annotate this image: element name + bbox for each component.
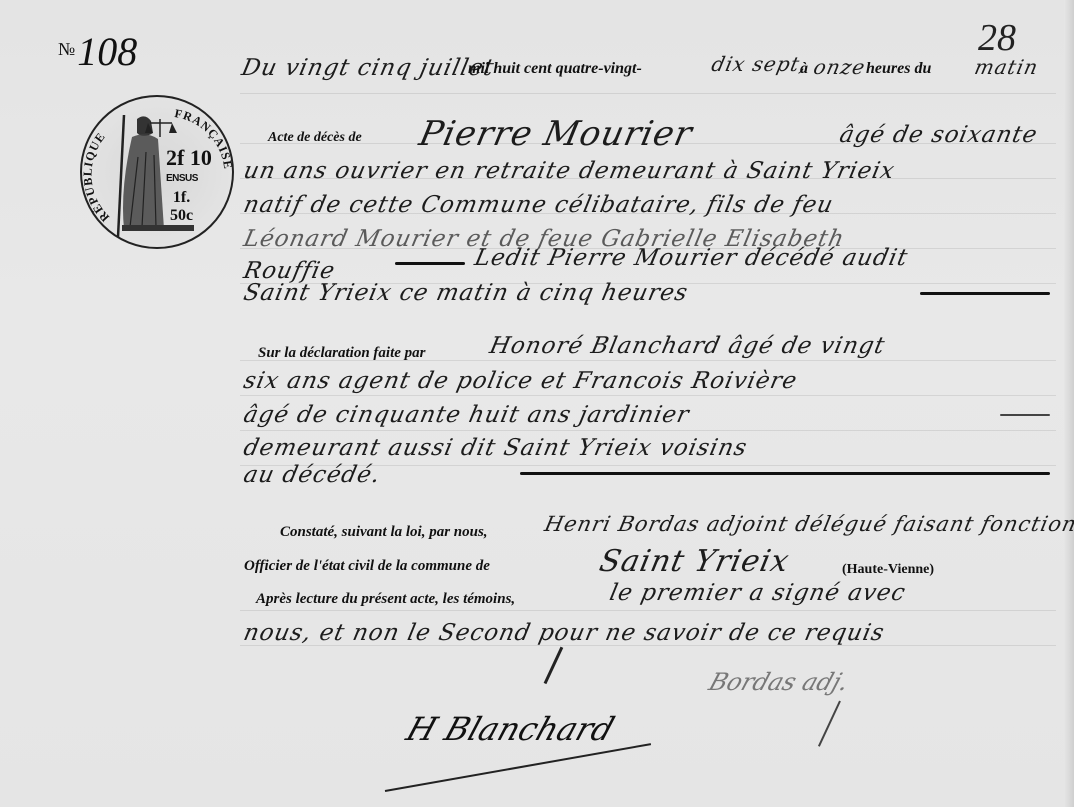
ruled-line — [240, 430, 1056, 431]
date-year-printed: mil huit cent quatre-vingt- — [468, 60, 642, 78]
filler-line — [1000, 414, 1050, 416]
at-printed: à — [800, 60, 808, 78]
morning-hand: matin — [972, 55, 1040, 79]
reading-witnesses-label: Après lecture du présent acte, les témoi… — [256, 591, 515, 608]
officer-commune-label: Officier de l'état civil de la commune d… — [244, 558, 490, 575]
hours-printed: heures du — [866, 60, 931, 78]
declarant-1-occupation-declarant-2: six ans agent de police et Francois Roiv… — [241, 368, 800, 394]
declaration-label: Sur la déclaration faite par — [258, 345, 426, 362]
declarant-1: Honoré Blanchard âgé de vingt — [487, 333, 887, 359]
witness-signature: H Blanchard — [402, 710, 619, 748]
date-year-hand: dix sept, — [709, 52, 809, 76]
relation-to-deceased: au décédé. — [241, 462, 383, 488]
stamp-value-sub: ENSUS — [166, 173, 198, 184]
date-day-month: Du vingt cinq juillet — [239, 55, 496, 81]
deceased-name: Pierre Mourier — [416, 114, 697, 154]
stamp-value-top: 2f 10 — [166, 145, 212, 171]
stamp-figure-icon: RÉPUBLIQUE FRANÇAISE — [82, 97, 232, 247]
deceased-age: âgé de soixante — [837, 122, 1040, 148]
declarant-2-age-occupation: âgé de cinquante huit ans jardinier — [241, 402, 692, 428]
ruled-line — [240, 610, 1056, 611]
officer-signature: Bordas adj. — [705, 668, 852, 696]
certified-label: Constaté, suivant la loi, par nous, — [280, 524, 488, 541]
deceased-occupation-residence: un ans ouvrier en retraite demeurant à S… — [241, 158, 897, 184]
svg-text:RÉPUBLIQUE: RÉPUBLIQUE — [82, 129, 112, 224]
stamp-value-bottom-1: 1f. — [170, 189, 193, 207]
deceased-birthplace-status: natif de cette Commune célibataire, fils… — [241, 192, 836, 218]
document-page: №108 28 RÉPUBLIQUE FRANÇAISE 2f — [0, 0, 1074, 807]
commune-name: Saint Yrieix — [596, 544, 792, 579]
page-edge — [1064, 0, 1074, 807]
signature-underline — [385, 743, 651, 792]
folio-number: 28 — [978, 16, 1016, 60]
witness-signing-statement: le premier a signé avec — [607, 580, 908, 606]
stamp-value-bottom: 1f. 50c — [170, 189, 193, 225]
ruled-line — [240, 93, 1056, 94]
signature-flourish — [544, 647, 564, 685]
department-label: (Haute-Vienne) — [842, 562, 934, 578]
act-number-value: 108 — [77, 29, 137, 74]
second-witness-statement: nous, et non le Second pour ne savoir de… — [241, 620, 887, 646]
signature-flourish — [818, 701, 841, 747]
death-place-time: Saint Yrieix ce matin à cinq heures — [241, 280, 690, 306]
stamp-value-bottom-2: 50c — [170, 207, 193, 225]
hour-hand: onze — [811, 55, 867, 79]
number-sign: № — [58, 39, 75, 59]
fiscal-stamp: RÉPUBLIQUE FRANÇAISE 2f 10 ENSUS 1f. 50c — [80, 95, 234, 249]
act-number: №108 — [58, 28, 137, 75]
ruled-line — [240, 395, 1056, 396]
filler-line — [920, 292, 1050, 295]
filler-line — [395, 262, 465, 265]
filler-line — [520, 472, 1050, 475]
death-act-label: Acte de décès de — [268, 130, 362, 146]
declarants-residence: demeurant aussi dit Saint Yrieix voisins — [241, 435, 750, 461]
officer-name-title: Henri Bordas adjoint délégué faisant fon… — [542, 512, 1074, 536]
death-place-statement: Ledit Pierre Mourier décédé audit — [472, 245, 910, 271]
